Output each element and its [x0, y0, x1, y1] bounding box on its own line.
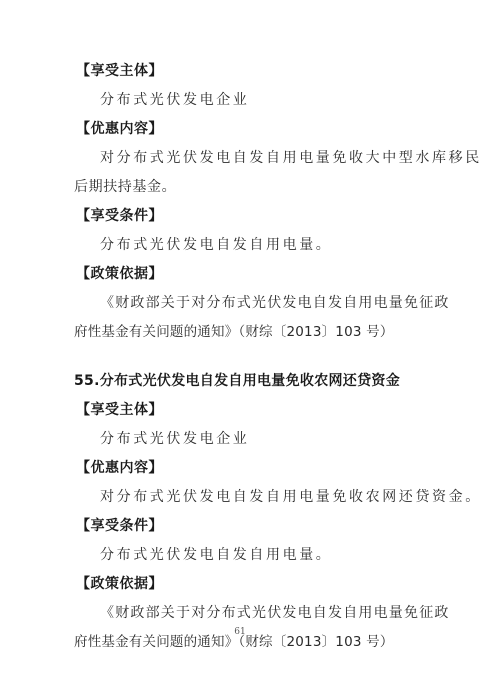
content-text-line2: 后期扶持基金。	[74, 178, 176, 196]
heading-content: 【优惠内容】	[76, 120, 163, 138]
condition-text: 分布式光伏发电自发自用电量。	[100, 546, 332, 564]
basis-text-line1: 《财政部关于对分布式光伏发电自发自用电量免征政	[100, 294, 450, 312]
content-text-line1: 对分布式光伏发电自发自用电量免收大中型水库移民	[100, 149, 480, 167]
heading-basis: 【政策依据】	[76, 265, 163, 283]
condition-text: 分布式光伏发电自发自用电量。	[100, 236, 332, 254]
content-text-line1: 对分布式光伏发电自发自用电量免收农网还贷资金。	[100, 488, 480, 506]
heading-subject: 【享受主体】	[76, 62, 163, 80]
heading-condition: 【享受条件】	[76, 207, 163, 225]
heading-condition: 【享受条件】	[76, 517, 163, 535]
section-title-55: 55.分布式光伏发电自发自用电量免收农网还贷资金	[74, 372, 400, 390]
document-page: 【享受主体】 分布式光伏发电企业 【优惠内容】 对分布式光伏发电自发自用电量免收…	[0, 0, 480, 678]
heading-content: 【优惠内容】	[76, 459, 163, 477]
page-number: 61	[0, 627, 480, 637]
basis-text-line1: 《财政部关于对分布式光伏发电自发自用电量免征政	[100, 604, 450, 622]
subject-text: 分布式光伏发电企业	[100, 91, 249, 109]
basis-text-line2: 府性基金有关问题的通知》（财综〔2013〕103 号）	[74, 323, 394, 341]
heading-basis: 【政策依据】	[76, 575, 163, 593]
heading-subject: 【享受主体】	[76, 401, 163, 419]
subject-text: 分布式光伏发电企业	[100, 430, 249, 448]
